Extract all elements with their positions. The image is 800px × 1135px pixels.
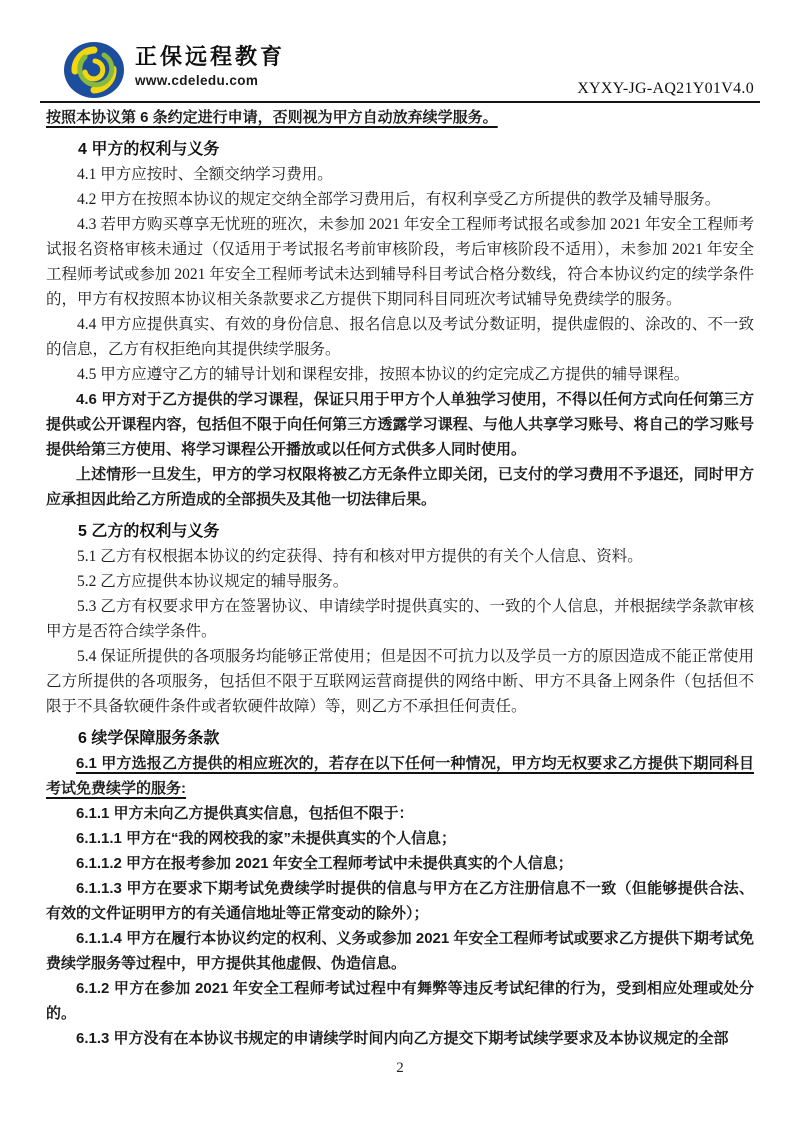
clause-5-4: 5.4 保证所提供的各项服务均能够正常使用；但是因不可抗力以及学员一方的原因造成… bbox=[46, 644, 754, 719]
brand-text: 正保远程教育 www.cdeledu.com bbox=[135, 42, 285, 89]
clause-4-1: 4.1 甲方应按时、全额交纳学习费用。 bbox=[46, 162, 754, 187]
clause-6-1-1-1: 6.1.1.1 甲方在“我的网校我的家”未提供真实的个人信息； bbox=[46, 826, 754, 851]
section-5-heading: 5 乙方的权利与义务 bbox=[46, 519, 754, 544]
clause-6-1-3: 6.1.3 甲方没有在本协议书规定的申请续学时间内向乙方提交下期考试续学要求及本… bbox=[46, 1026, 754, 1051]
clause-6-1-1-3: 6.1.1.3 甲方在要求下期考试免费续学时提供的信息与甲方在乙方注册信息不一致… bbox=[46, 876, 754, 926]
clause-4-4: 4.4 甲方应提供真实、有效的身份信息、报名信息以及考试分数证明，提供虚假的、涂… bbox=[46, 312, 754, 362]
clause-6-1-1-4: 6.1.1.4 甲方在履行本协议约定的权利、义务或参加 2021 年安全工程师考… bbox=[46, 926, 754, 976]
clause-5-1: 5.1 乙方有权根据本协议的约定获得、持有和核对甲方提供的有关个人信息、资料。 bbox=[46, 544, 754, 569]
clause-5-3: 5.3 乙方有权要求甲方在签署协议、申请续学时提供真实的、一致的个人信息，并根据… bbox=[46, 594, 754, 644]
document-page: 正保远程教育 www.cdeledu.com XYXY-JG-AQ21Y01V4… bbox=[0, 0, 800, 1135]
page-footer: 2 bbox=[0, 1060, 800, 1077]
clause-4-5: 4.5 甲方应遵守乙方的辅导计划和课程安排，按照本协议的约定完成乙方提供的辅导课… bbox=[46, 362, 754, 387]
section-4-heading: 4 甲方的权利与义务 bbox=[46, 137, 754, 162]
brand-url: www.cdeledu.com bbox=[135, 72, 285, 89]
clause-6-1-1: 6.1.1 甲方未向乙方提供真实信息，包括但不限于： bbox=[46, 801, 754, 826]
brand-title: 正保远程教育 bbox=[135, 44, 285, 70]
clause-6-1-1-2: 6.1.1.2 甲方在报考参加 2021 年安全工程师考试中未提供真实的个人信息… bbox=[46, 851, 754, 876]
clause-6-1-2: 6.1.2 甲方在参加 2021 年安全工程师考试过程中有舞弊等违反考试纪律的行… bbox=[46, 976, 754, 1026]
brand: 正保远程教育 www.cdeledu.com bbox=[64, 42, 285, 98]
clause-4-6: 4.6 甲方对于乙方提供的学习课程，保证只用于甲方个人单独学习使用，不得以任何方… bbox=[46, 387, 754, 462]
document-code: XYXY-JG-AQ21Y01V4.0 bbox=[577, 80, 754, 98]
page-number: 2 bbox=[396, 1060, 404, 1076]
clause-4-6-consequence: 上述情形一旦发生，甲方的学习权限将被乙方无条件立即关闭，已支付的学习费用不予退还… bbox=[46, 462, 754, 512]
clause-4-3: 4.3 若甲方购买尊享无忧班的班次，未参加 2021 年安全工程师考试报名或参加… bbox=[46, 212, 754, 312]
brand-logo-icon bbox=[64, 42, 124, 98]
page-header: 正保远程教育 www.cdeledu.com XYXY-JG-AQ21Y01V4… bbox=[40, 0, 760, 103]
clause-6-1: 6.1 甲方选报乙方提供的相应班次的，若存在以下任何一种情况，甲方均无权要求乙方… bbox=[46, 751, 754, 801]
clause-4-2: 4.2 甲方在按照本协议的规定交纳全部学习费用后，有权利享受乙方所提供的教学及辅… bbox=[46, 187, 754, 212]
continuation-clause: 按照本协议第 6 条约定进行申请，否则视为甲方自动放弃续学服务。 bbox=[46, 105, 754, 130]
contract-body: 按照本协议第 6 条约定进行申请，否则视为甲方自动放弃续学服务。 4 甲方的权利… bbox=[46, 103, 754, 1051]
clause-5-2: 5.2 乙方应提供本协议规定的辅导服务。 bbox=[46, 569, 754, 594]
section-6-heading: 6 续学保障服务条款 bbox=[46, 726, 754, 751]
